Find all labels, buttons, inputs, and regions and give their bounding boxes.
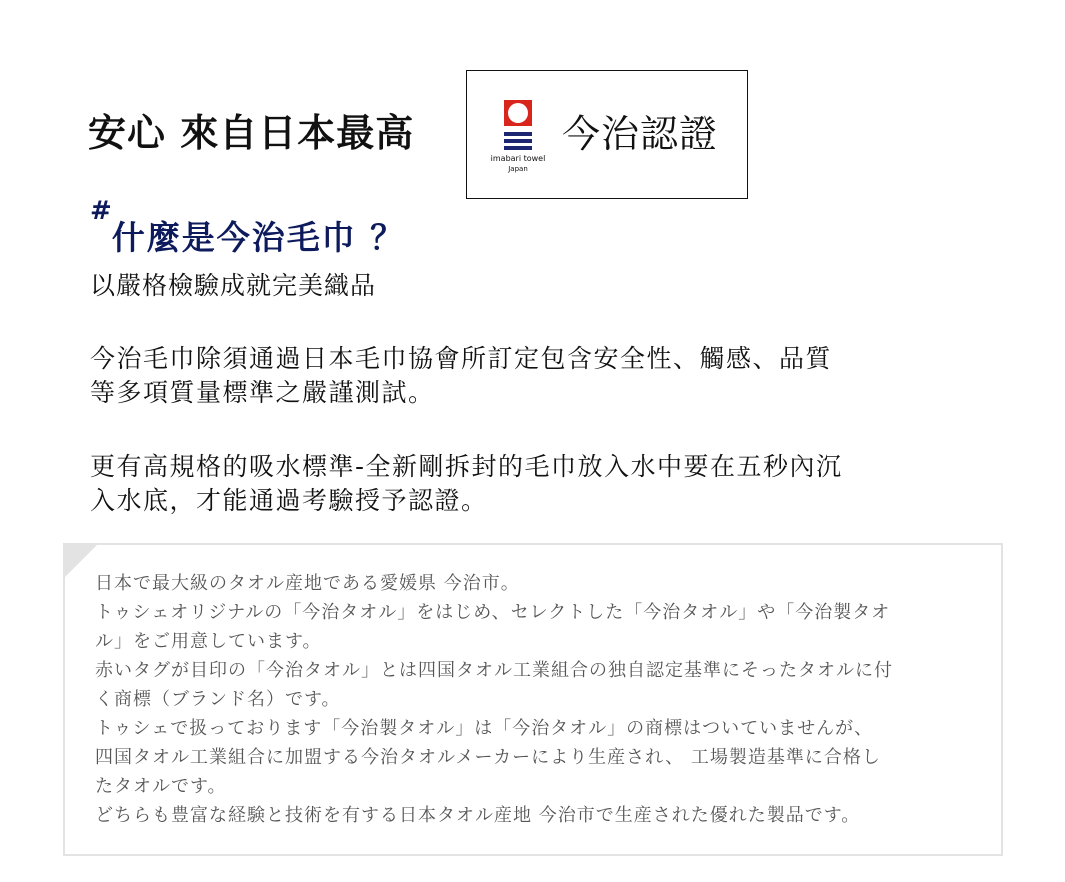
wave-bar-icon (504, 146, 532, 150)
description-line: ル」をご用意しています。 (95, 627, 985, 656)
wave-bar-icon (504, 139, 532, 143)
paragraph-line: 等多項質量標準之嚴謹測試。 (90, 376, 990, 410)
japanese-description-text: 日本で最大級のタオル産地である愛媛県 今治市。 トゥシェオリジナルの「今治タオル… (95, 569, 985, 830)
corner-triangle-decoration (65, 545, 97, 577)
description-line: トゥシェオリジナルの「今治タオル」をはじめ、セレクトした「今治タオル」や「今治製… (95, 598, 985, 627)
wave-bar-icon (504, 132, 532, 136)
section-subtitle: 以嚴格檢驗成就完美織品 (90, 269, 376, 303)
imabari-towel-logo: imabari towel Japan (481, 98, 551, 178)
description-line: く商標（ブランド名）です。 (95, 685, 985, 714)
paragraph-absorbency: 更有高規格的吸水標準-全新剛拆封的毛巾放入水中要在五秒內沉 入水底，才能通過考驗… (90, 450, 990, 518)
sun-circle (508, 103, 528, 123)
logo-brand-text: imabari towel (481, 154, 555, 164)
paragraph-line: 入水底，才能通過考驗授予認證。 (90, 484, 990, 518)
imabari-certification-badge: imabari towel Japan 今治認證 (466, 70, 748, 199)
section-title: #什麼是今治毛巾 ？ (90, 198, 405, 245)
description-line: たタオルです。 (95, 772, 985, 801)
red-sun-icon (504, 100, 532, 126)
paragraph-line: 今治毛巾除須通過日本毛巾協會所訂定包含安全性、觸感、品質 (90, 342, 990, 376)
paragraph-line: 更有高規格的吸水標準-全新剛拆封的毛巾放入水中要在五秒內沉 (90, 450, 990, 484)
description-line: トゥシェで扱っております「今治製タオル」は「今治タオル」の商標はついていませんが… (95, 714, 985, 743)
description-line: 日本で最大級のタオル産地である愛媛県 今治市。 (95, 569, 985, 598)
paragraph-standards: 今治毛巾除須通過日本毛巾協會所訂定包含安全性、觸感、品質 等多項質量標準之嚴謹測… (90, 342, 990, 410)
description-line: どちらも豊富な経験と技術を有する日本タオル産地 今治市で生産された優れた製品です… (95, 801, 985, 830)
hash-icon: # (90, 196, 112, 226)
section-title-text: 什麼是今治毛巾 ？ (112, 218, 406, 257)
certification-title: 今治認證 (562, 109, 718, 159)
description-line: 四国タオル工業組合に加盟する今治タオルメーカーにより生産され、 工場製造基準に合… (95, 743, 985, 772)
japanese-description-box: 日本で最大級のタオル産地である愛媛県 今治市。 トゥシェオリジナルの「今治タオル… (63, 543, 1003, 856)
logo-country-text: Japan (481, 165, 555, 174)
description-line: 赤いタグが目印の「今治タオル」とは四国タオル工業組合の独自認定基準にそったタオル… (95, 656, 985, 685)
headline: 安心 來自日本最高 (88, 108, 414, 158)
